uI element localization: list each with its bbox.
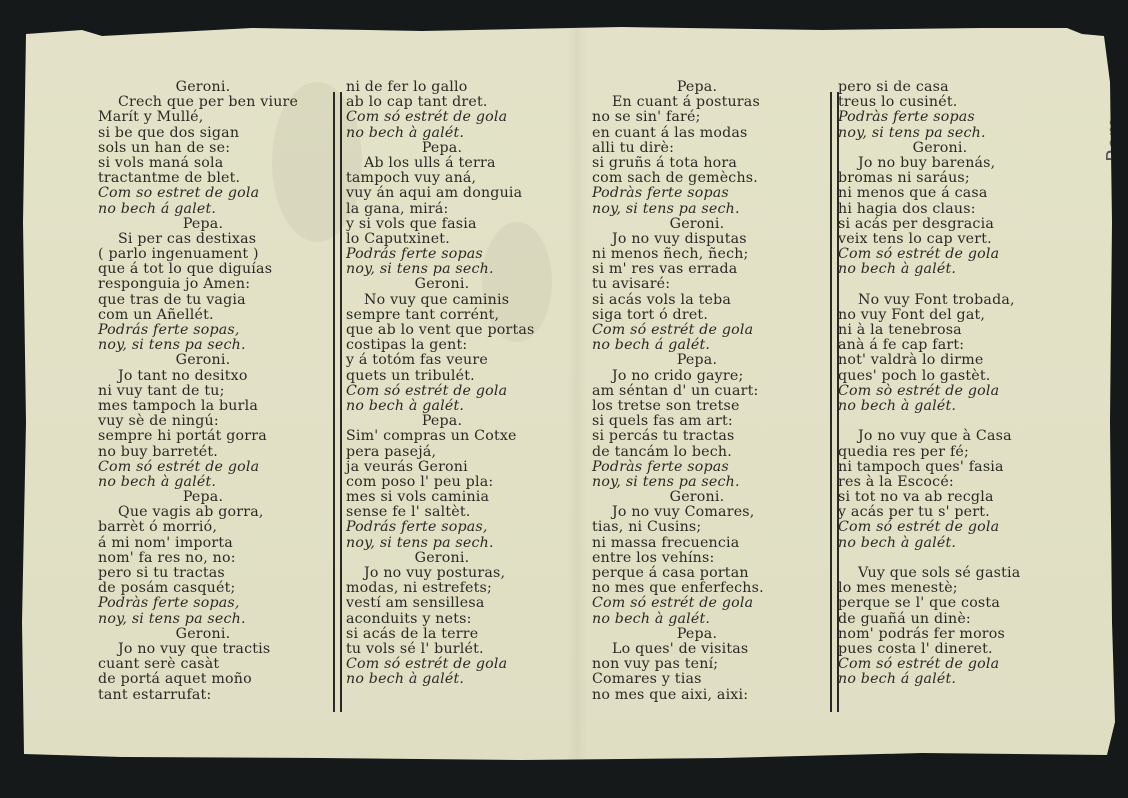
verse-line: los tretse son tretse bbox=[592, 399, 802, 414]
verse-line: aconduits y nets: bbox=[328, 612, 538, 627]
verse-line: modas, ni estrefets; bbox=[328, 581, 538, 596]
verse-line: mes tampoch la burla bbox=[98, 399, 308, 414]
refrain-line: Podrás ferte sopas, bbox=[328, 520, 538, 535]
verse-line: ni massa frecuencia bbox=[592, 536, 802, 551]
verse-line: Marít y Mullé, bbox=[98, 110, 308, 125]
speaker-name: Pepa. bbox=[328, 414, 538, 429]
speaker-name: Pepa. bbox=[328, 141, 538, 156]
verse-line: treus lo cusinét. bbox=[822, 95, 1042, 110]
verse-line: bromas ni saráus; bbox=[822, 171, 1042, 186]
speaker-name: Geroni. bbox=[328, 277, 538, 292]
text-column-1: Geroni.Crech que per ben viureMarít y Mu… bbox=[98, 80, 308, 703]
verse-line: de portá aquet moño bbox=[98, 672, 308, 687]
verse-line: si m' res vas errada bbox=[592, 262, 802, 277]
verse-line: en cuant á las modas bbox=[592, 126, 802, 141]
refrain-line: Com so estret de gola bbox=[98, 186, 308, 201]
text-column-2: ni de fer lo galloab lo cap tant dret.Co… bbox=[328, 80, 538, 688]
speaker-name: Geroni. bbox=[328, 551, 538, 566]
speaker-name: Pepa. bbox=[592, 80, 802, 95]
verse-line: tampoch vuy aná, bbox=[328, 171, 538, 186]
refrain-line: no bech à galét. bbox=[328, 399, 538, 414]
verse-line: que á tot lo que diguías bbox=[98, 262, 308, 277]
verse-line: responguia jo Amen: bbox=[98, 277, 308, 292]
speaker-name: Pepa. bbox=[98, 490, 308, 505]
verse-line: Jo no buy barenás, bbox=[822, 156, 1042, 171]
verse-line: barrèt ó morrió, bbox=[98, 520, 308, 535]
verse-line: la gana, mirá: bbox=[328, 202, 538, 217]
refrain-line: Com só estrét de gola bbox=[592, 323, 802, 338]
verse-line: si acás de la terre bbox=[328, 627, 538, 642]
refrain-line: Podrás ferte sopas bbox=[328, 247, 538, 262]
verse-line: ab lo cap tant dret. bbox=[328, 95, 538, 110]
verse-line: entre los vehíns: bbox=[592, 551, 802, 566]
verse-line: nom' fa res no, no: bbox=[98, 551, 308, 566]
verse-line: ni de fer lo gallo bbox=[328, 80, 538, 95]
verse-line: tias, ni Cusins; bbox=[592, 520, 802, 535]
verse-line: perque se l' que costa bbox=[822, 596, 1042, 611]
refrain-line: no bech à galét. bbox=[98, 475, 308, 490]
verse-line: á mi nom' importa bbox=[98, 536, 308, 551]
verse-line: sempre tant corrént, bbox=[328, 308, 538, 323]
verse-line: ques' poch lo gastèt. bbox=[822, 369, 1042, 384]
verse-line: si acás per desgracia bbox=[822, 217, 1042, 232]
verse-line: Ab los ulls á terra bbox=[328, 156, 538, 171]
verse-line: no buy barretét. bbox=[98, 445, 308, 460]
verse-line: costipas la gent: bbox=[328, 338, 538, 353]
refrain-line: noy, si tens pa sech. bbox=[98, 338, 308, 353]
handwritten-catalog-annotation: Rom. 1633 bbox=[1102, 111, 1128, 162]
refrain-line: noy, si tens pa sech. bbox=[592, 202, 802, 217]
verse-line: ni tampoch ques' fasia bbox=[822, 460, 1042, 475]
refrain-line: no bech á galét. bbox=[592, 338, 802, 353]
speaker-name: Pepa. bbox=[592, 353, 802, 368]
refrain-line: Podràs ferte sopas bbox=[592, 460, 802, 475]
verse-line: com poso l' peu pla: bbox=[328, 475, 538, 490]
verse-line: ni menos ñech, ñech; bbox=[592, 247, 802, 262]
verse-line: am séntan d' un cuart: bbox=[592, 384, 802, 399]
refrain-line: Podràs ferte sopas, bbox=[98, 596, 308, 611]
verse-line: no vuy Font del gat, bbox=[822, 308, 1042, 323]
verse-line: Jo no vuy disputas bbox=[592, 232, 802, 247]
refrain-line: no bech à galét. bbox=[822, 262, 1042, 277]
verse-line: Lo ques' de visitas bbox=[592, 642, 802, 657]
verse-line: lo Caputxinet. bbox=[328, 232, 538, 247]
verse-line: y si vols que fasia bbox=[328, 217, 538, 232]
verse-line: lo mes menestè; bbox=[822, 581, 1042, 596]
refrain-line: Com só estrét de gola bbox=[98, 460, 308, 475]
verse-line: y acás per tu s' pert. bbox=[822, 505, 1042, 520]
verse-line: siga tort ó dret. bbox=[592, 308, 802, 323]
refrain-line: no bech à galét. bbox=[328, 126, 538, 141]
verse-line: com sach de gemèchs. bbox=[592, 171, 802, 186]
verse-line: Jo no vuy posturas, bbox=[328, 566, 538, 581]
refrain-line: Com sò estrét de gola bbox=[822, 384, 1042, 399]
verse-line: Sim' compras un Cotxe bbox=[328, 429, 538, 444]
refrain-line: no bech à galét. bbox=[822, 399, 1042, 414]
verse-line: Jo tant no desitxo bbox=[98, 369, 308, 384]
refrain-line: noy, si tens pa sech. bbox=[592, 475, 802, 490]
verse-line: tant estarrufat: bbox=[98, 688, 308, 703]
refrain-line: noy, si tens pa sech. bbox=[98, 612, 308, 627]
refrain-line: Podrás ferte sopas, bbox=[98, 323, 308, 338]
verse-line: de guañá un dinè: bbox=[822, 612, 1042, 627]
verse-line: ni à la tenebrosa bbox=[822, 323, 1042, 338]
verse-line: si be que dos sigan bbox=[98, 126, 308, 141]
verse-line: Vuy que sols sé gastia bbox=[822, 566, 1042, 581]
refrain-line: Com só estrét de gola bbox=[822, 657, 1042, 672]
refrain-line: no bech á galét. bbox=[822, 672, 1042, 687]
text-column-4: pero si de casatreus lo cusinét.Podràs f… bbox=[822, 80, 1042, 688]
refrain-line: noy, si tens pa sech. bbox=[328, 262, 538, 277]
verse-line: pero si de casa bbox=[822, 80, 1042, 95]
speaker-name: Geroni. bbox=[592, 490, 802, 505]
verse-line: no mes que aixi, aixi: bbox=[592, 688, 802, 703]
verse-line: pero si tu tractas bbox=[98, 566, 308, 581]
stanza-gap bbox=[822, 551, 1042, 566]
verse-line: nom' podrás fer moros bbox=[822, 627, 1042, 642]
speaker-name: Geroni. bbox=[822, 141, 1042, 156]
verse-line: tractantme de blet. bbox=[98, 171, 308, 186]
verse-line: si percás tu tractas bbox=[592, 429, 802, 444]
verse-line: si tot no va ab recgla bbox=[822, 490, 1042, 505]
speaker-name: Geroni. bbox=[98, 353, 308, 368]
stanza-gap bbox=[822, 277, 1042, 292]
document-page: Geroni.Crech que per ben viureMarít y Mu… bbox=[22, 22, 1115, 777]
verse-line: com un Añellét. bbox=[98, 308, 308, 323]
verse-line: Si per cas destixas bbox=[98, 232, 308, 247]
refrain-line: no bech à galét. bbox=[822, 536, 1042, 551]
verse-line: vuy sè de ningú: bbox=[98, 414, 308, 429]
verse-line: ja veurás Geroni bbox=[328, 460, 538, 475]
verse-line: Jo no crido gayre; bbox=[592, 369, 802, 384]
refrain-line: noy, si tens pa sech. bbox=[328, 536, 538, 551]
refrain-line: no bech à galét. bbox=[592, 612, 802, 627]
speaker-name: Pepa. bbox=[592, 627, 802, 642]
speaker-name: Geroni. bbox=[592, 217, 802, 232]
verse-line: ni vuy tant de tu; bbox=[98, 384, 308, 399]
verse-line: vestí am sensillesa bbox=[328, 596, 538, 611]
speaker-name: Pepa. bbox=[98, 217, 308, 232]
verse-line: No vuy Font trobada, bbox=[822, 293, 1042, 308]
verse-line: quedia res per fé; bbox=[822, 445, 1042, 460]
verse-line: quets un tribulét. bbox=[328, 369, 538, 384]
verse-line: Jo no vuy que tractis bbox=[98, 642, 308, 657]
verse-line: No vuy que caminis bbox=[328, 293, 538, 308]
refrain-line: Com só estrét de gola bbox=[328, 384, 538, 399]
verse-line: que ab lo vent que portas bbox=[328, 323, 538, 338]
verse-line: Crech que per ben viure bbox=[98, 95, 308, 110]
verse-line: cuant serè casàt bbox=[98, 657, 308, 672]
refrain-line: Podràs ferte sopas bbox=[822, 110, 1042, 125]
verse-line: perque á casa portan bbox=[592, 566, 802, 581]
text-column-3: Pepa.En cuant á posturasno se sin' faré;… bbox=[592, 80, 802, 703]
verse-line: de posám casquét; bbox=[98, 581, 308, 596]
center-fold bbox=[567, 22, 587, 777]
verse-line: Jo no vuy que à Casa bbox=[822, 429, 1042, 444]
refrain-line: no bech à galét. bbox=[328, 672, 538, 687]
speaker-name: Geroni. bbox=[98, 627, 308, 642]
verse-line: hi hagia dos claus: bbox=[822, 202, 1042, 217]
verse-line: si acás vols la teba bbox=[592, 293, 802, 308]
refrain-line: Com só estrét de gola bbox=[592, 596, 802, 611]
refrain-line: noy, si tens pa sech. bbox=[822, 126, 1042, 141]
verse-line: ( parlo ingenuament ) bbox=[98, 247, 308, 262]
refrain-line: no bech á galet. bbox=[98, 202, 308, 217]
verse-line: no mes que enferfechs. bbox=[592, 581, 802, 596]
verse-line: tu vols sé l' burlét. bbox=[328, 642, 538, 657]
verse-line: Comares y tias bbox=[592, 672, 802, 687]
verse-line: sense fe l' saltèt. bbox=[328, 505, 538, 520]
verse-line: de tancám lo bech. bbox=[592, 445, 802, 460]
verse-line: Jo no vuy Comares, bbox=[592, 505, 802, 520]
verse-line: si vols maná sola bbox=[98, 156, 308, 171]
verse-line: si gruñs á tota hora bbox=[592, 156, 802, 171]
verse-line: Que vagis ab gorra, bbox=[98, 505, 308, 520]
verse-line: que tras de tu vagia bbox=[98, 293, 308, 308]
verse-line: res à la Escocé: bbox=[822, 475, 1042, 490]
verse-line: mes si vols caminia bbox=[328, 490, 538, 505]
verse-line: y á totóm fas veure bbox=[328, 353, 538, 368]
verse-line: sols un han de se: bbox=[98, 141, 308, 156]
refrain-line: Com só estrét de gola bbox=[822, 520, 1042, 535]
verse-line: no se sin' faré; bbox=[592, 110, 802, 125]
verse-line: ni menos que á casa bbox=[822, 186, 1042, 201]
verse-line: si quels fas am art: bbox=[592, 414, 802, 429]
refrain-line: Com só estrét de gola bbox=[328, 657, 538, 672]
verse-line: non vuy pas tení; bbox=[592, 657, 802, 672]
verse-line: veix tens lo cap vert. bbox=[822, 232, 1042, 247]
speaker-name: Geroni. bbox=[98, 80, 308, 95]
verse-line: tu avisaré: bbox=[592, 277, 802, 292]
verse-line: pera pasejá, bbox=[328, 445, 538, 460]
refrain-line: Com só estrét de gola bbox=[328, 110, 538, 125]
refrain-line: Com só estrét de gola bbox=[822, 247, 1042, 262]
verse-line: vuy án aqui am donguia bbox=[328, 186, 538, 201]
verse-line: not' valdrà lo dirme bbox=[822, 353, 1042, 368]
verse-line: sempre hi portát gorra bbox=[98, 429, 308, 444]
verse-line: pues costa l' dineret. bbox=[822, 642, 1042, 657]
verse-line: alli tu dirè: bbox=[592, 141, 802, 156]
refrain-line: Podràs ferte sopas bbox=[592, 186, 802, 201]
verse-line: En cuant á posturas bbox=[592, 95, 802, 110]
